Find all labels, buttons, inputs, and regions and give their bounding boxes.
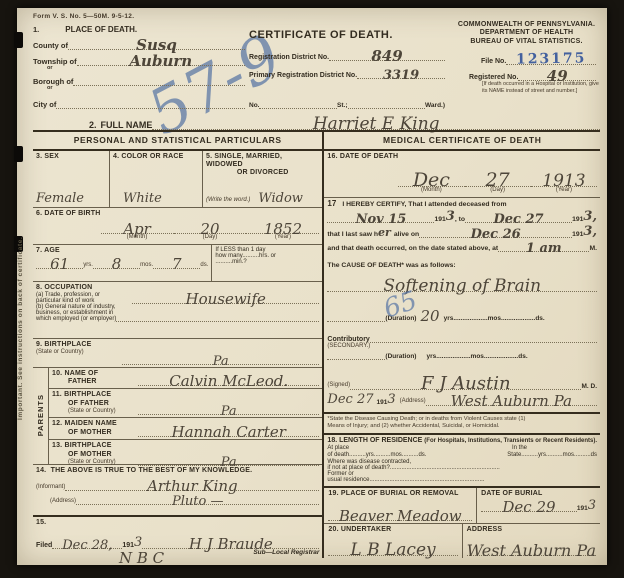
- filed-label: Filed: [36, 542, 52, 549]
- birthplace-value: Pa: [213, 355, 229, 368]
- primary-registration-field: Primary Registration District No. 3319: [249, 61, 445, 79]
- saw-post: alive on: [394, 231, 419, 238]
- to-year-suffix: 3,: [583, 210, 597, 223]
- primary-registration-line: 3319: [357, 60, 445, 79]
- header: 1. PLACE OF DEATH. County of Susq Townsh…: [33, 21, 600, 109]
- ward-line: [348, 92, 426, 109]
- dob-month-label: (Month): [101, 234, 174, 241]
- township-field: Township of Auburn: [33, 50, 245, 66]
- date-of-burial-field: DATE OF BURIAL Dec 29 1913: [477, 488, 600, 523]
- dod-label: 16. DATE OF DEATH: [327, 153, 398, 161]
- age-ds-label: ds.: [200, 262, 208, 269]
- informant-address-value: Pluto —: [172, 495, 223, 508]
- burial-year-prefix: 191: [577, 505, 588, 512]
- age-entry: 61 yrs. 8 mos. 7 ds.: [36, 257, 208, 269]
- footnote-line2: Means of Injury; and (2) whether Acciden…: [327, 423, 597, 431]
- informant-label: (Informant): [36, 484, 65, 491]
- file-number-label: File No.: [481, 58, 506, 65]
- marital-hint: (Write the word.): [206, 197, 250, 204]
- burial-grid: 19. PLACE OF BURIAL OR REMOVAL Beaver Me…: [324, 486, 600, 558]
- file-number-stamp: 123175: [516, 50, 587, 67]
- county-line: Susq: [68, 33, 245, 50]
- saw-her: er: [378, 227, 391, 238]
- cause-duration-line: (Duration) 20 yrs...................mos.…: [327, 292, 597, 322]
- burial-date-value: Dec 29: [502, 500, 555, 515]
- residence-field: 18. LENGTH OF RESIDENCE (For Hospitals, …: [324, 435, 600, 486]
- borough-line: [73, 72, 245, 86]
- residence-in-the: In the: [512, 445, 527, 451]
- full-name-line: Harriet E King: [152, 108, 600, 130]
- undertaker-label: 20. UNDERTAKER: [328, 526, 457, 534]
- filed-date-value: Dec 28,: [62, 539, 112, 552]
- borough-field: Borough of: [33, 73, 245, 86]
- sex-value: Female: [36, 192, 106, 205]
- age-label: 7. AGE: [36, 247, 208, 255]
- dod-year-label: (Year): [531, 187, 597, 194]
- agency-block: COMMONWEALTH OF PENNSYLVANIA. DEPARTMENT…: [445, 21, 600, 109]
- mother-name-value: Hannah Carter: [172, 425, 286, 440]
- sex-race-marital-row: 3. SEX Female 4. COLOR OR RACE White 5. …: [33, 151, 322, 208]
- undertaker-address-label: ADDRESS: [467, 526, 596, 534]
- dod-month-label: (Month): [398, 187, 464, 194]
- attestation-field: 14. THE ABOVE IS TRUE TO THE BEST OF MY …: [33, 465, 322, 517]
- occupation-field: 8. OCCUPATION (a) Trade, profession, or …: [33, 282, 322, 339]
- hospital-instruction-note: [If death occurred in a Hospital or Inst…: [482, 81, 600, 95]
- saw-pre: that I last saw h: [327, 231, 378, 238]
- age-years: 61: [50, 257, 69, 272]
- township-label: Township of: [33, 57, 77, 66]
- registration-district-label: Registration District No.: [249, 54, 329, 61]
- county-field: County of Susq: [33, 34, 245, 50]
- attended-from-value: Nov 15: [356, 213, 407, 226]
- informant-address-entry: (Address) Pluto —: [36, 491, 319, 505]
- scanned-death-certificate: Important. See instructions on back of c…: [0, 0, 624, 578]
- certification-field: 17 I HEREBY CERTIFY, That I attended dec…: [324, 198, 600, 260]
- dod-entry: Dec (Month) 27 (Day) 1913 (Year): [398, 166, 597, 194]
- medical-certificate-column: MEDICAL CERTIFICATE OF DEATH 16. DATE OF…: [324, 132, 600, 558]
- county-label: County of: [33, 41, 68, 50]
- dod-year: 1913 (Year): [531, 166, 597, 194]
- marital-label: 5. SINGLE, MARRIED, WIDOWED: [206, 153, 319, 170]
- father-name-label: 10. NAME OF: [52, 370, 138, 378]
- burial-year-suffix: 3: [588, 499, 596, 512]
- dod-month: Dec (Month): [398, 166, 464, 194]
- residence-sub: (For Hospitals, Institutions, Transients…: [424, 438, 597, 445]
- signed-field: (Signed) F J Austin M. D. Dec 27 1913 (A…: [324, 368, 600, 414]
- signed-year-prefix: 191: [377, 399, 388, 406]
- marital-status-field: 5. SINGLE, MARRIED, WIDOWED OR DIVORCED …: [203, 151, 322, 207]
- contributory-field: Contributory (SECONDARY.) (Duration) yrs…: [324, 334, 600, 368]
- occupation-a: (a) Trade, profession, or particular kin…: [36, 292, 319, 304]
- file-number-line: 123175: [506, 46, 596, 65]
- certificate-title-block: CERTIFICATE OF DEATH. Registration Distr…: [245, 21, 445, 109]
- filed-year-prefix: 191: [122, 542, 134, 549]
- father-bp-label: 11. BIRTHPLACE: [52, 391, 138, 399]
- undertaker-field: 20. UNDERTAKER L B Lacey: [324, 524, 462, 559]
- physician-address-value: West Auburn Pa: [451, 394, 572, 409]
- contributory-duration-label: (Duration): [385, 353, 416, 360]
- meridiem-label: M.: [589, 245, 597, 252]
- filed-year-suffix: 3: [134, 536, 142, 549]
- dob-day: 20 (Day): [174, 219, 247, 241]
- residence-at-place-line: of death..........yrs..........mos......…: [327, 452, 426, 458]
- signed-date-value: Dec 27: [327, 393, 373, 406]
- color-race-field: 4. COLOR OR RACE White: [110, 151, 203, 207]
- father-bp-value: Pa: [221, 405, 237, 418]
- dob-year-label: (Year): [246, 234, 319, 241]
- footnote-line1: *State the Disease Causing Death; or in …: [327, 416, 597, 424]
- cause-duration-value: 20: [420, 309, 439, 324]
- residence-state-line: State..........yrs..........mos.........…: [507, 452, 597, 458]
- place-of-death-block: 1. PLACE OF DEATH. County of Susq Townsh…: [33, 21, 245, 109]
- street-ward-line: No. St.; Ward.): [249, 93, 445, 109]
- age-months: 8: [112, 257, 122, 272]
- dob-month: Apr (Month): [101, 219, 174, 241]
- date-of-birth-field: 6. DATE OF BIRTH Apr (Month) 20 (Day): [33, 208, 322, 245]
- certify-from-to: Nov 15 1913 , to Dec 27 1913,: [327, 208, 597, 223]
- department-line: DEPARTMENT OF HEALTH: [453, 29, 600, 38]
- cause-footnote: *State the Disease Causing Death; or in …: [324, 414, 600, 435]
- file-number-field: File No. 123175: [453, 47, 600, 65]
- second-signature: N B C: [119, 551, 164, 566]
- mother-bp-label: 13. BIRTHPLACE: [52, 442, 138, 450]
- informant-address-label: (Address): [50, 498, 76, 505]
- parents-label: PARENTS: [36, 394, 45, 436]
- father-name-field: 10. NAME OF FATHER Calvin McLeod.: [49, 368, 322, 390]
- age-mos-label: mos.: [140, 262, 153, 269]
- marital-entry: (Write the word.) Widow: [206, 192, 319, 205]
- color-race-value: White: [123, 192, 199, 205]
- parents-block: PARENTS 10. NAME OF FATHER Calvin McLeod…: [33, 368, 322, 465]
- burial-label: 19. PLACE OF BURIAL OR REMOVAL: [328, 490, 472, 498]
- scan-artifact: [14, 32, 23, 48]
- undertaker-address-value: West Auburn Pa: [467, 543, 596, 559]
- occupation-b3: which employed (or employer): [36, 316, 116, 322]
- signed-year-suffix: 3: [387, 393, 395, 406]
- father-birthplace-field: 11. BIRTHPLACE OF FATHER (State or Count…: [49, 389, 322, 418]
- burial-value: Beaver Meadow: [339, 509, 462, 524]
- birthplace-sub: (State or Country): [36, 349, 122, 356]
- dob-label: 6. DATE OF BIRTH: [36, 210, 101, 218]
- undertaker-value: L B Lacey: [350, 542, 435, 559]
- sex-label: 3. SEX: [36, 153, 106, 161]
- cause-of-death-field: The CAUSE OF DEATH* was as follows: Soft…: [324, 260, 600, 334]
- certificate-body: PERSONAL AND STATISTICAL PARTICULARS 3. …: [33, 130, 600, 558]
- father-bp-sub: (State or Country): [52, 408, 138, 415]
- mother-name-field: 12. MAIDEN NAME OF MOTHER Hannah Carter: [49, 418, 322, 440]
- commonwealth-line: COMMONWEALTH OF PENNSYLVANIA.: [453, 21, 600, 30]
- marital-value: Widow: [258, 192, 303, 205]
- certificate-sheet: Important. See instructions on back of c…: [17, 8, 607, 565]
- birthplace-label: 9. BIRTHPLACE: [36, 341, 122, 349]
- registration-district-field: Registration District No. 849: [249, 41, 445, 61]
- township-line: Auburn: [77, 49, 245, 66]
- less-note-line3: ..........min.?: [215, 259, 319, 265]
- street-line: [259, 92, 337, 109]
- color-race-label: 4. COLOR OR RACE: [113, 153, 199, 161]
- item-18-number: 18.: [327, 437, 337, 445]
- cause-label: The CAUSE OF DEATH* was as follows:: [327, 262, 597, 269]
- medical-section-title: MEDICAL CERTIFICATE OF DEATH: [324, 132, 600, 151]
- filed-entry: Filed Dec 28, 1913 H J Braude: [36, 527, 319, 549]
- full-name-label: FULL NAME: [101, 120, 153, 130]
- marital-label2: OR DIVORCED: [206, 169, 319, 177]
- primary-registration-value: 3319: [383, 69, 419, 82]
- residence-where: Where was disease contracted,: [327, 458, 597, 465]
- residence-label: LENGTH OF RESIDENCE: [339, 437, 422, 445]
- sex-field: 3. SEX Female: [33, 151, 110, 207]
- age-row: 7. AGE 61 yrs. 8 mos. 7 ds. If LES: [33, 245, 322, 282]
- cause-duration-units: yrs...................mos...............…: [444, 315, 545, 322]
- birthplace-field: 9. BIRTHPLACE (State or Country) Pa: [33, 339, 322, 368]
- less-than-day-note: If LESS than 1 day how many..........hrs…: [211, 245, 322, 281]
- item-2-number: 2.: [89, 120, 97, 130]
- city-label: City of: [33, 100, 56, 109]
- city-line: [56, 92, 245, 109]
- margin-instruction-note: Important. See instructions on back of c…: [17, 128, 30, 528]
- parents-strip: PARENTS: [33, 368, 49, 464]
- contributory-label: Contributory: [327, 336, 369, 343]
- dob-entry: Apr (Month) 20 (Day) 1852 (Year): [101, 219, 320, 241]
- age-field: 7. AGE 61 yrs. 8 mos. 7 ds.: [33, 245, 211, 281]
- signed-label: (Signed): [327, 382, 350, 389]
- item-1-number: 1.: [33, 25, 39, 34]
- residence-usual: usual residence.........................…: [327, 477, 597, 483]
- primary-registration-label: Primary Registration District No.: [249, 72, 357, 79]
- occurred-time-value: 1 am: [526, 242, 562, 255]
- date-of-death-field: 16. DATE OF DEATH Dec (Month) 27 (Day): [324, 151, 600, 198]
- residence-at-place: At place: [327, 445, 349, 451]
- signed-address-label: (Address): [400, 398, 426, 405]
- contributory-duration-line: (Duration) yrs...................mos....…: [327, 350, 597, 360]
- certificate-form: Form V. S. No. 5—50M. 9-5-12. 1. PLACE O…: [33, 13, 600, 558]
- personal-section-title: PERSONAL AND STATISTICAL PARTICULARS: [33, 132, 322, 151]
- to-year-prefix: 191: [572, 216, 583, 223]
- mother-name-label: 12. MAIDEN NAME: [52, 420, 138, 428]
- form-number: Form V. S. No. 5—50M. 9-5-12.: [33, 13, 600, 21]
- registered-number-label: Registered No.: [469, 74, 518, 81]
- filed-field: 15. Filed Dec 28, 1913 H J Braude Sub—Lo…: [33, 517, 322, 558]
- full-name-field: 2. FULL NAME Harriet E King: [33, 109, 600, 130]
- occupation-value: Housewife: [186, 292, 266, 307]
- death-occurred-line: and that death occurred, on the date sta…: [327, 238, 597, 252]
- city-field: City of: [33, 93, 245, 109]
- dob-year: 1852 (Year): [246, 219, 319, 241]
- age-days: 7: [172, 257, 182, 272]
- informant-entry: (Informant) Arthur King: [36, 475, 319, 491]
- age-yrs-label: yrs.: [83, 262, 93, 269]
- dod-day-label: (Day): [465, 187, 531, 194]
- father-name-value: Calvin McLeod.: [169, 374, 288, 389]
- residence-label-line: 18. LENGTH OF RESIDENCE (For Hospitals, …: [327, 437, 597, 445]
- borough-label: Borough of: [33, 77, 73, 86]
- dod-day: 27 (Day): [465, 166, 531, 194]
- registration-district-line: 849: [329, 40, 445, 61]
- dob-day-label: (Day): [174, 234, 247, 241]
- contributory-duration-units: yrs...................mos...............…: [426, 353, 527, 360]
- occurred-text: and that death occurred, on the date sta…: [327, 245, 498, 252]
- occupation-label: 8. OCCUPATION: [36, 284, 319, 292]
- place-of-burial-field: 19. PLACE OF BURIAL OR REMOVAL Beaver Me…: [324, 488, 477, 523]
- personal-particulars-column: PERSONAL AND STATISTICAL PARTICULARS 3. …: [33, 132, 324, 558]
- undertaker-address-field: ADDRESS West Auburn Pa: [463, 524, 600, 559]
